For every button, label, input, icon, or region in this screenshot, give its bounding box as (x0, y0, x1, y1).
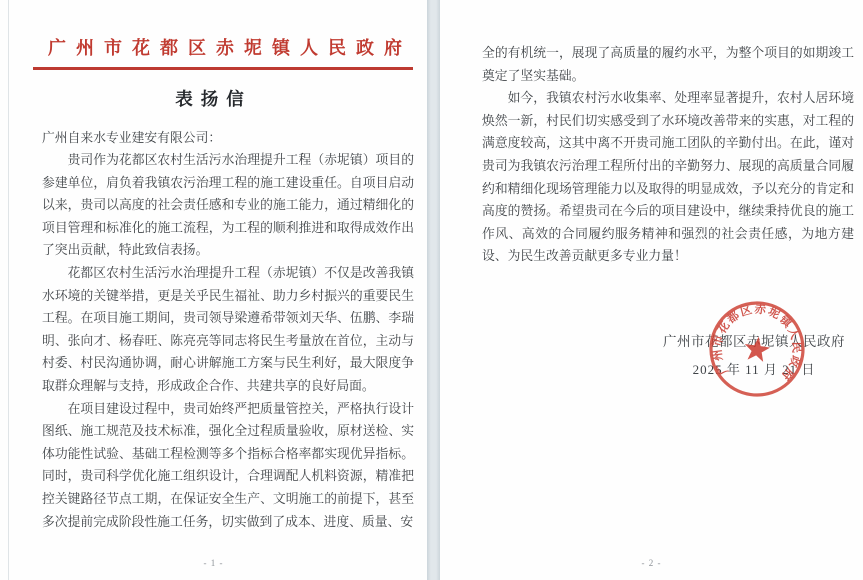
signature-org: 广州市花都区赤坭镇人民政府 (663, 330, 845, 350)
letter-paragraph: 贵司作为花都区农村生活污水治理提升工程（赤坭镇）项目的参建单位，肩负着我镇农污治… (42, 149, 414, 262)
page-2-body: 全的有机统一，展现了高质量的履约水平，为整个项目的如期竣工奠定了坚实基础。 如今… (482, 42, 854, 268)
page-number-1: - 1 - (0, 558, 427, 568)
salutation: 广州自来水专业建安有限公司： (42, 127, 414, 150)
scanned-letter-document: 广州市花都区赤坭镇人民政府 表扬信 广州自来水专业建安有限公司： 贵司作为花都区… (0, 0, 863, 580)
letter-paragraph: 如今，我镇农村污水收集率、处理率显著提升，农村人居环境焕然一新，村民们切实感受到… (482, 87, 854, 268)
letterhead-rule (33, 67, 413, 70)
signature-block: 广州市花都区赤坭镇人民政府 2025 年 11 月 21 日 (663, 330, 845, 378)
letter-paragraph: 花都区农村生活污水治理提升工程（赤坭镇）不仅是改善我镇水环境的关键举措，更是关乎… (42, 262, 414, 398)
page-2: 全的有机统一，展现了高质量的履约水平，为整个项目的如期竣工奠定了坚实基础。 如今… (440, 0, 863, 580)
page-1: 广州市花都区赤坭镇人民政府 表扬信 广州自来水专业建安有限公司： 贵司作为花都区… (0, 0, 427, 580)
letter-paragraph-continued: 全的有机统一，展现了高质量的履约水平，为整个项目的如期竣工奠定了坚实基础。 (482, 42, 854, 87)
letter-title: 表扬信 (0, 86, 427, 111)
letterhead-title: 广州市花都区赤坭镇人民政府 (48, 36, 417, 60)
signature-date: 2025 年 11 月 21 日 (663, 359, 845, 378)
letter-paragraph: 在项目建设过程中，贵司始终严把质量管控关，严格执行设计图纸、施工规范及技术标准，… (42, 398, 414, 534)
page-divider (427, 0, 440, 580)
page-1-body: 广州自来水专业建安有限公司： 贵司作为花都区农村生活污水治理提升工程（赤坭镇）项… (42, 127, 414, 534)
page-number-2: - 2 - (440, 558, 863, 568)
